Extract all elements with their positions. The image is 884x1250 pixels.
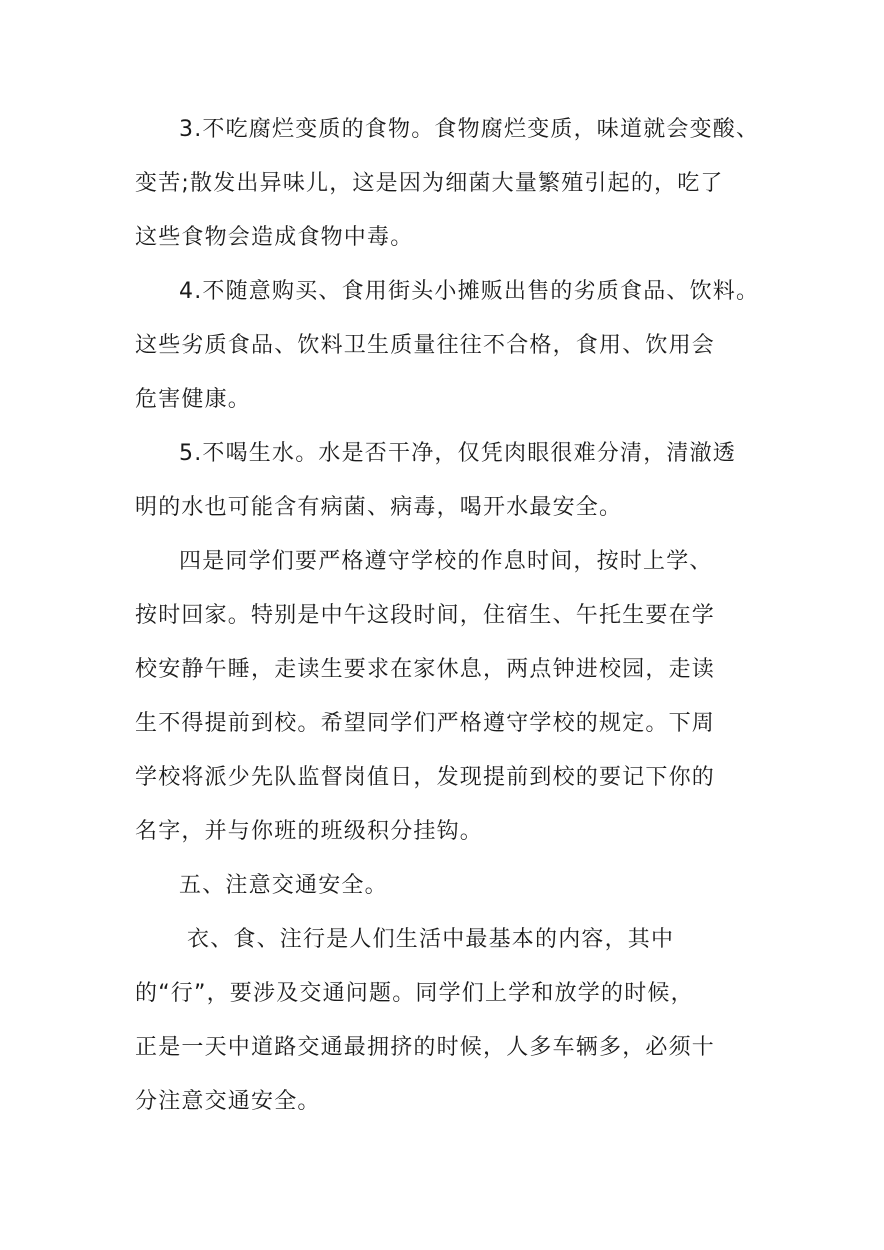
text-line: 名字，并与你班的班级积分挂钩。	[135, 809, 755, 863]
text-line: 这些劣质食品、饮料卫生质量往往不合格，食用、饮用会	[135, 323, 755, 377]
text-line: 5.不喝生水。水是否干净，仅凭肉眼很难分清，清澈透	[135, 431, 755, 485]
text-line: 危害健康。	[135, 377, 755, 431]
text-line: 4.不随意购买、食用街头小摊贩出售的劣质食品、饮料。	[135, 269, 755, 323]
text-line: 生不得提前到校。希望同学们严格遵守学校的规定。下周	[135, 701, 755, 755]
document-page: 3.不吃腐烂变质的食物。食物腐烂变质，味道就会变酸、 变苦;散发出异味儿，这是因…	[135, 107, 755, 1133]
paragraph-item-4: 4.不随意购买、食用街头小摊贩出售的劣质食品、饮料。 这些劣质食品、饮料卫生质量…	[135, 269, 755, 431]
paragraph-section-5-body: 衣、食、注行是人们生活中最基本的内容，其中 的“行”，要涉及交通问题。同学们上学…	[135, 917, 755, 1133]
text-line: 变苦;散发出异味儿，这是因为细菌大量繁殖引起的，吃了	[135, 161, 755, 215]
text-line: 3.不吃腐烂变质的食物。食物腐烂变质，味道就会变酸、	[135, 107, 755, 161]
text-line: 四是同学们要严格遵守学校的作息时间，按时上学、	[135, 539, 755, 593]
section-heading-traffic-safety: 五、注意交通安全。	[135, 863, 755, 917]
paragraph-item-3: 3.不吃腐烂变质的食物。食物腐烂变质，味道就会变酸、 变苦;散发出异味儿，这是因…	[135, 107, 755, 269]
heading-line: 五、注意交通安全。	[135, 863, 755, 917]
text-line: 校安静午睡，走读生要求在家休息，两点钟进校园，走读	[135, 647, 755, 701]
text-line: 衣、食、注行是人们生活中最基本的内容，其中	[135, 917, 755, 971]
text-line: 这些食物会造成食物中毒。	[135, 215, 755, 269]
paragraph-item-5: 5.不喝生水。水是否干净，仅凭肉眼很难分清，清澈透 明的水也可能含有病菌、病毒，…	[135, 431, 755, 539]
paragraph-section-4: 四是同学们要严格遵守学校的作息时间，按时上学、 按时回家。特别是中午这段时间，住…	[135, 539, 755, 863]
text-line: 明的水也可能含有病菌、病毒，喝开水最安全。	[135, 485, 755, 539]
text-line: 学校将派少先队监督岗值日，发现提前到校的要记下你的	[135, 755, 755, 809]
text-line: 按时回家。特别是中午这段时间，住宿生、午托生要在学	[135, 593, 755, 647]
text-line: 的“行”，要涉及交通问题。同学们上学和放学的时候，	[135, 971, 755, 1025]
text-line: 分注意交通安全。	[135, 1079, 755, 1133]
text-line: 正是一天中道路交通最拥挤的时候，人多车辆多，必须十	[135, 1025, 755, 1079]
